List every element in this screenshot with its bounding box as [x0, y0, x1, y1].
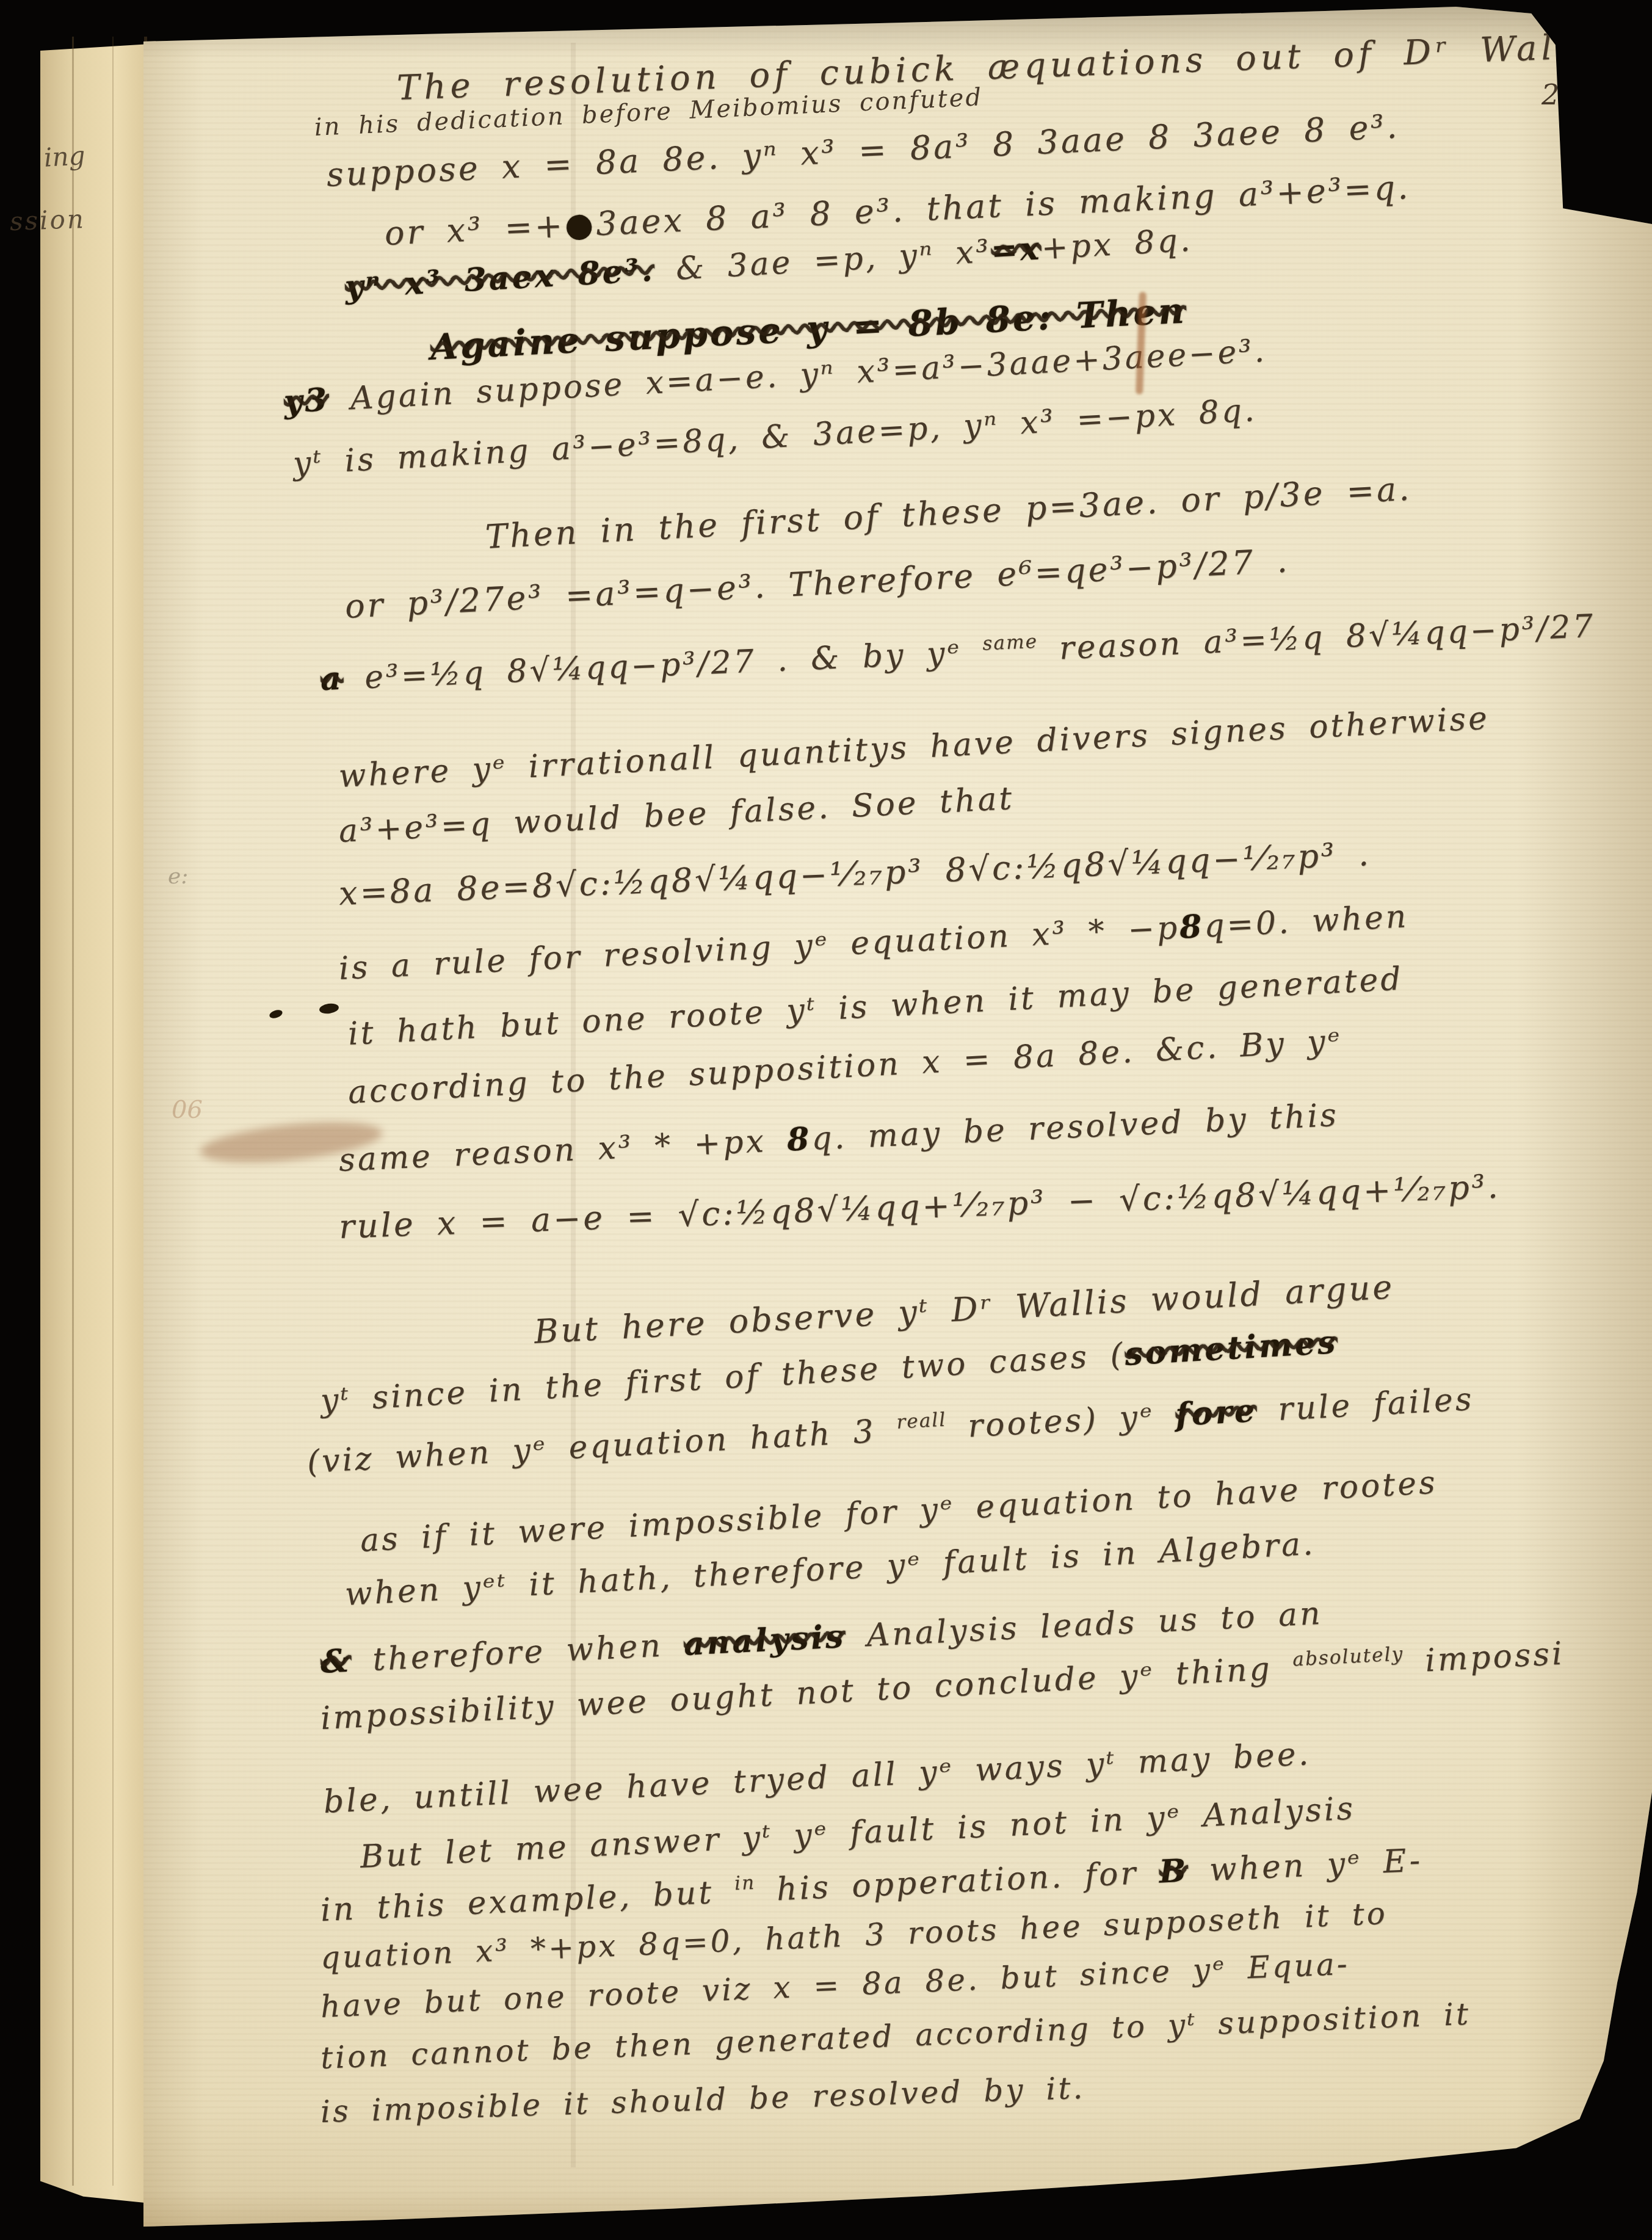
text-segment: or x³ =+ — [384, 206, 566, 253]
ink-speck — [269, 1009, 284, 1020]
text-segment: (viz when yᵉ equation hath 3 — [306, 1412, 897, 1481]
text-segment: rule failes — [1256, 1381, 1475, 1429]
manuscript-photo: ing ssion The resolution of cubick æquat… — [0, 0, 1652, 2240]
margin-fragment: ssion — [9, 204, 86, 236]
manuscript-line: x=8a 8e=8√c:½q8√¼qq−¹⁄₂₇p³ 8√c:½q8√¼qq−¹… — [338, 835, 1372, 913]
struck-text: fore — [1175, 1392, 1258, 1434]
text-segment: reason a³=½q 8√¼qq−p³/27 — [1037, 608, 1596, 668]
struck-text: analysis — [683, 1618, 847, 1663]
text-segment: where yᵉ irrationall quantitys have dive… — [338, 700, 1490, 795]
text-segment: therefore when — [350, 1626, 684, 1680]
inserted-text: in — [734, 1872, 756, 1895]
text-segment: +px 8q. — [1040, 222, 1194, 267]
text-segment: 8 — [786, 1120, 813, 1159]
struck-text: a — [320, 660, 344, 698]
text-segment: a³+e³=q would bee false. Soe that — [338, 780, 1015, 850]
margin-fragment: ing — [43, 140, 86, 172]
text-segment: & 3ae =p, yⁿ x³ — [654, 233, 992, 289]
manuscript-line: where yᵉ irrationall quantitys have dive… — [338, 700, 1490, 795]
inserted-text: absolutely — [1292, 1643, 1404, 1670]
margin-bleed-mark: 06 — [172, 1096, 203, 1124]
text-segment: rule x = a−e = √c:½q8√¼qq+¹⁄₂₇p³ − √c:½q… — [338, 1167, 1501, 1246]
text-segment: in this example, but — [320, 1873, 736, 1929]
fold-line — [72, 37, 74, 2186]
text-segment: impossi — [1403, 1636, 1565, 1681]
struck-text: sometimes — [1124, 1324, 1339, 1373]
text-segment: Analysis leads us to an — [845, 1595, 1324, 1655]
manuscript-title-line-1: The resolution of cubick æquations out o… — [396, 26, 1609, 108]
manuscript-line: is imposible it should be resolved by it… — [320, 2070, 1085, 2129]
struck-text: B — [1158, 1852, 1189, 1891]
text-segment: e³=½q 8√¼qq−p³/27 . & by yᵉ — [342, 634, 984, 697]
struck-text: y3 — [283, 381, 330, 421]
manuscript-line: rule x = a−e = √c:½q8√¼qq+¹⁄₂₇p³ − √c:½q… — [338, 1167, 1501, 1246]
text-segment: x=8a 8e=8√c:½q8√¼qq−¹⁄₂₇p³ 8√c:½q8√¼qq−¹… — [338, 835, 1372, 913]
manuscript-page: The resolution of cubick æquations out o… — [143, 0, 1652, 2240]
struck-text: & — [320, 1642, 353, 1681]
fold-line — [112, 37, 114, 2186]
manuscript-line: a³+e³=q would bee false. Soe that — [338, 780, 1015, 850]
text-segment: same reason x³ * +px — [338, 1122, 788, 1179]
manuscript-line: a e³=½q 8√¼qq−p³/27 . & by yᵉ same reaso… — [320, 607, 1596, 698]
page-number: 23 — [1542, 78, 1578, 111]
inserted-text: reall — [896, 1408, 947, 1433]
text-segment: rootes) yᵉ — [946, 1397, 1176, 1446]
text-segment: ● — [563, 204, 596, 244]
text-segment: 8 — [1179, 908, 1205, 946]
manuscript-line: same reason x³ * +px 8q. may be resolved… — [338, 1096, 1339, 1179]
facing-page-edge — [40, 24, 148, 2216]
text-segment: when yᵉ E- — [1187, 1842, 1423, 1889]
text-segment: q. may be resolved by this — [811, 1097, 1339, 1158]
text-segment: q=0. when — [1203, 898, 1410, 944]
text-segment: is a rule for resolving yᵉ equation x³ *… — [338, 910, 1181, 987]
struck-text: =x — [990, 230, 1043, 270]
text-segment: is imposible it should be resolved by it… — [320, 2070, 1085, 2129]
text-segment: his opperation. for — [755, 1854, 1160, 1909]
inserted-text: same — [982, 631, 1038, 655]
margin-bleed-mark: e: — [168, 864, 188, 889]
struck-text: yⁿ x³ 3aex 8e³. — [344, 252, 656, 306]
ink-speck — [319, 1002, 339, 1015]
